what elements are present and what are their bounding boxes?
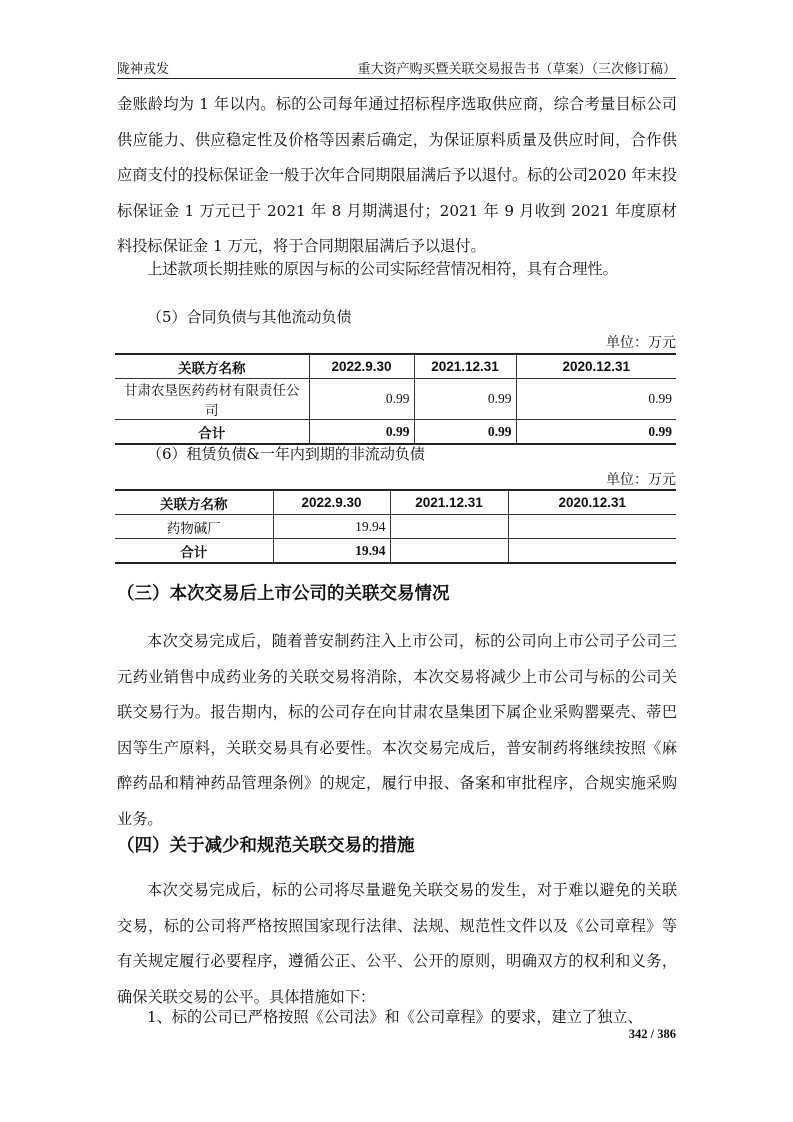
- col-header-party: 关联方名称: [115, 490, 273, 515]
- total-2020: [508, 539, 676, 564]
- col-header-2020: 2020.12.31: [516, 354, 676, 379]
- col-header-2022: 2022.9.30: [309, 354, 414, 379]
- table5-title: （5）合同负债与其他流动负债: [147, 306, 352, 327]
- table-header-row: 关联方名称 2022.9.30 2021.12.31 2020.12.31: [115, 354, 676, 379]
- section4-paragraph: 本次交易完成后，标的公司将尽量避免关联交易的发生，对于难以避免的关联交易，标的公…: [117, 873, 677, 1015]
- col-header-2020: 2020.12.31: [508, 490, 676, 515]
- value-2022: 19.94: [273, 515, 390, 539]
- col-header-2021: 2021.12.31: [414, 354, 516, 379]
- table-header-row: 关联方名称 2022.9.30 2021.12.31 2020.12.31: [115, 490, 676, 515]
- total-2022: 19.94: [273, 539, 390, 564]
- page-header: 陇神戎发 重大资产购买暨关联交易报告书（草案）（三次修订稿）: [117, 56, 676, 79]
- total-label: 合计: [115, 420, 309, 445]
- table5-unit: 单位：万元: [606, 332, 676, 352]
- reason-paragraph: 上述款项长期挂账的原因与标的公司实际经营情况相符，具有合理性。: [117, 252, 677, 288]
- value-2020: 0.99: [516, 379, 676, 420]
- value-2022: 0.99: [309, 379, 414, 420]
- total-2021: [390, 539, 508, 564]
- col-header-2022: 2022.9.30: [273, 490, 390, 515]
- total-2021: 0.99: [414, 420, 516, 445]
- value-2021: 0.99: [414, 379, 516, 420]
- intro-paragraph: 金账龄均为 1 年以内。标的公司每年通过招标程序选取供应商，综合考量目标公司供应…: [117, 87, 677, 265]
- col-header-2021: 2021.12.31: [390, 490, 508, 515]
- section3-paragraph: 本次交易完成后，随着普安制药注入上市公司，标的公司向上市公司子公司三元药业销售中…: [117, 624, 677, 837]
- section4-item1: 1、标的公司已严格按照《公司法》和《公司章程》的要求，建立了独立、: [117, 1000, 677, 1036]
- table-row: 甘肃农垦医药药材有限责任公司 0.99 0.99 0.99: [115, 379, 676, 420]
- value-2021: [390, 515, 508, 539]
- party-name: 甘肃农垦医药药材有限责任公司: [115, 379, 309, 420]
- header-doc-title: 重大资产购买暨关联交易报告书（草案）（三次修订稿）: [357, 58, 676, 77]
- total-2022: 0.99: [309, 420, 414, 445]
- value-2020: [508, 515, 676, 539]
- page-number: 342 / 386: [629, 1027, 676, 1042]
- header-company: 陇神戎发: [117, 58, 169, 77]
- table-total-row: 合计 19.94: [115, 539, 676, 564]
- table-contract-liabilities: 关联方名称 2022.9.30 2021.12.31 2020.12.31 甘肃…: [115, 353, 676, 445]
- total-label: 合计: [115, 539, 273, 564]
- table-lease-liabilities: 关联方名称 2022.9.30 2021.12.31 2020.12.31 药物…: [115, 489, 676, 564]
- section4-heading: （四）关于减少和规范关联交易的措施: [117, 832, 415, 857]
- table6-title: （6）租赁负债&一年内到期的非流动负债: [147, 443, 425, 464]
- col-header-party: 关联方名称: [115, 354, 309, 379]
- table-total-row: 合计 0.99 0.99 0.99: [115, 420, 676, 445]
- table6-unit: 单位：万元: [606, 469, 676, 489]
- section3-heading: （三）本次交易后上市公司的关联交易情况: [117, 580, 450, 605]
- table-row: 药物碱厂 19.94: [115, 515, 676, 539]
- party-name: 药物碱厂: [115, 515, 273, 539]
- total-2020: 0.99: [516, 420, 676, 445]
